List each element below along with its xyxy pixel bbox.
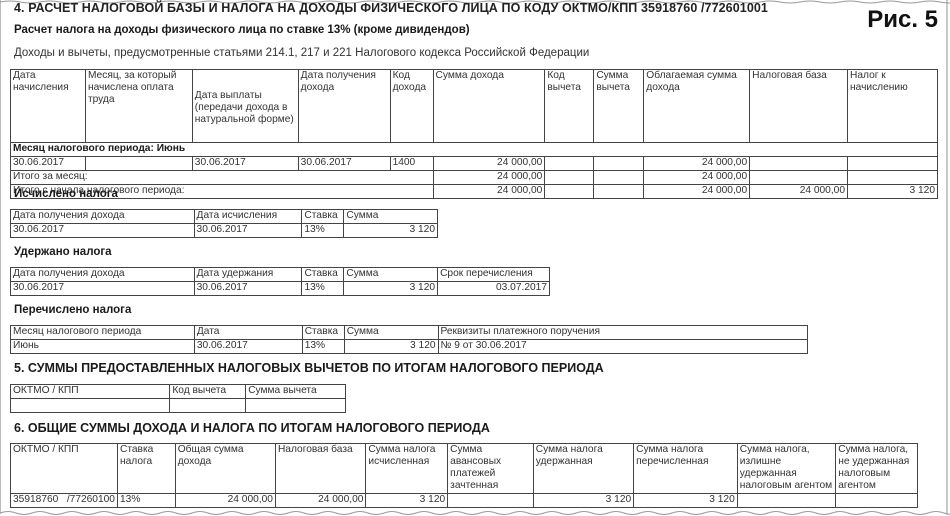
cell: 13% (302, 282, 344, 296)
col-header: Месяц налогового периода (11, 326, 195, 340)
cell: 03.07.2017 (438, 282, 550, 296)
col-header: Облагаемая сумма дохода (644, 70, 750, 143)
col-header: Сумма налога перечисленная (634, 444, 738, 494)
month-label: Месяц налогового периода: Июнь (11, 143, 938, 157)
withheld-table: Дата получения дохода Дата удержания Ста… (10, 267, 550, 296)
col-header: Дата получения дохода (298, 70, 390, 143)
cell: 30.06.2017 (192, 157, 298, 171)
deductions-table: ОКТМО / КПП Код вычета Сумма вычета (10, 384, 346, 413)
cell: 24 000,00 (433, 185, 545, 199)
table-header-row: ОКТМО / КПП Код вычета Сумма вычета (11, 385, 346, 399)
cell (594, 185, 644, 199)
table-row: 35918760 /77260100 13% 24 000,00 24 000,… (11, 494, 918, 508)
col-header: Сумма налога, излишне удержанная налогов… (737, 444, 835, 494)
col-header: Сумма (344, 326, 438, 340)
cell (448, 494, 534, 508)
cell (836, 494, 918, 508)
cell: 30.06.2017 (194, 224, 302, 238)
cell: 13% (117, 494, 175, 508)
cell: Июнь (11, 340, 195, 354)
cell (85, 157, 192, 171)
col-header: Сумма налога, не удержанная налоговым аг… (836, 444, 918, 494)
cell: 3 120 (344, 340, 438, 354)
col-header: Налоговая база (275, 444, 365, 494)
cell: 3 120 (366, 494, 448, 508)
table-row: 30.06.2017 30.06.2017 13% 3 120 (11, 224, 438, 238)
cell: 3 120 (344, 282, 438, 296)
cell: 3 120 (848, 185, 938, 199)
withheld-title: Удержано налога (14, 246, 112, 258)
table-row: Июнь 30.06.2017 13% 3 120 № 9 от 30.06.2… (11, 340, 808, 354)
col-header: ОКТМО / КПП (11, 385, 170, 399)
cell (750, 157, 848, 171)
cell: 30.06.2017 (298, 157, 390, 171)
table-header-row: Дата получения дохода Дата удержания Ста… (11, 268, 550, 282)
section-4-title: 4. РАСЧЕТ НАЛОГОВОЙ БАЗЫ И НАЛОГА НА ДОХ… (14, 1, 768, 15)
cell: 30.06.2017 (11, 282, 195, 296)
calculated-table: Дата получения дохода Дата исчисления Ст… (10, 209, 438, 238)
col-header: Сумма (344, 268, 438, 282)
cell: 1400 (390, 157, 433, 171)
tax-base-table: Дата начисления Месяц, за который начисл… (10, 69, 938, 199)
col-header: Сумма (344, 210, 438, 224)
col-header: Сумма налога исчисленная (366, 444, 448, 494)
cell (750, 171, 848, 185)
section-4-subtitle: Расчет налога на доходы физического лица… (14, 24, 470, 36)
cell: 13% (302, 340, 344, 354)
col-header: Дата исчисления (194, 210, 302, 224)
figure-label: Рис. 5 (867, 6, 938, 34)
cell: 24 000,00 (750, 185, 848, 199)
period-total-row: Итого с начала налогового периода: 24 00… (11, 185, 938, 199)
cell: 30.06.2017 (194, 340, 302, 354)
col-header: Реквизиты платежного поручения (438, 326, 807, 340)
col-header: Месяц, за который начислена оплата труда (85, 70, 192, 143)
col-header: Сумма налога удержанная (533, 444, 633, 494)
table-row (11, 399, 346, 413)
cell: 24 000,00 (175, 494, 275, 508)
cell: 24 000,00 (433, 157, 545, 171)
col-header: Сумма вычета (246, 385, 346, 399)
table-header-row: ОКТМО / КПП Ставка налога Общая сумма до… (11, 444, 918, 494)
section-4-note: Доходы и вычеты, предусмотренные статьям… (14, 47, 589, 59)
cell: 30.06.2017 (194, 282, 302, 296)
cell: 24 000,00 (433, 171, 545, 185)
col-header: Сумма дохода (433, 70, 545, 143)
cell (545, 185, 594, 199)
cell (11, 399, 170, 413)
calculated-title: Исчислено налога (14, 188, 118, 200)
cell: 24 000,00 (644, 171, 750, 185)
cell (737, 494, 835, 508)
col-header: Ставка налога (117, 444, 175, 494)
totals-table: ОКТМО / КПП Ставка налога Общая сумма до… (10, 443, 918, 508)
section-5-title: 5. СУММЫ ПРЕДОСТАВЛЕННЫХ НАЛОГОВЫХ ВЫЧЕТ… (14, 361, 604, 375)
col-header: ОКТМО / КПП (11, 444, 118, 494)
cell: 30.06.2017 (11, 157, 86, 171)
col-header: Ставка (302, 326, 344, 340)
col-header: Сумма авансовых платежей зачтенная (448, 444, 534, 494)
transferred-table: Месяц налогового периода Дата Ставка Сум… (10, 325, 808, 354)
cell (545, 157, 594, 171)
cell (594, 157, 644, 171)
col-header: Налог к начислению (848, 70, 938, 143)
col-header: Код дохода (390, 70, 433, 143)
col-header: Дата начисления (11, 70, 86, 143)
cell: 13% (302, 224, 344, 238)
col-header: Дата выплаты (передачи дохода в натураль… (192, 70, 298, 143)
table-header-row: Дата получения дохода Дата исчисления Ст… (11, 210, 438, 224)
month-group-row: Месяц налогового периода: Июнь (11, 143, 938, 157)
col-header: Ставка (302, 210, 344, 224)
col-header: Сумма вычета (594, 70, 644, 143)
col-header: Код вычета (170, 385, 246, 399)
cell: 24 000,00 (275, 494, 365, 508)
total-label: Итого за месяц: (11, 171, 434, 185)
cell: 3 120 (533, 494, 633, 508)
cell: 30.06.2017 (11, 224, 195, 238)
table-row: 30.06.2017 30.06.2017 13% 3 120 03.07.20… (11, 282, 550, 296)
cell (170, 399, 246, 413)
table-header-row: Месяц налогового периода Дата Ставка Сум… (11, 326, 808, 340)
torn-edge-bottom (0, 510, 950, 516)
table-row: 30.06.2017 30.06.2017 30.06.2017 1400 24… (11, 157, 938, 171)
col-header: Дата (194, 326, 302, 340)
col-header: Дата получения дохода (11, 268, 195, 282)
col-header: Налоговая база (750, 70, 848, 143)
cell: 35918760 /77260100 (11, 494, 118, 508)
col-header: Ставка (302, 268, 344, 282)
col-header: Код вычета (545, 70, 594, 143)
section-6-title: 6. ОБЩИЕ СУММЫ ДОХОДА И НАЛОГА ПО ИТОГАМ… (14, 421, 490, 435)
cell (848, 157, 938, 171)
cell: № 9 от 30.06.2017 (438, 340, 807, 354)
cell (594, 171, 644, 185)
cell: 3 120 (634, 494, 738, 508)
cell: 24 000,00 (644, 157, 750, 171)
cell (545, 171, 594, 185)
col-header: Общая сумма дохода (175, 444, 275, 494)
transferred-title: Перечислено налога (14, 304, 131, 316)
cell: 24 000,00 (644, 185, 750, 199)
col-header: Дата удержания (194, 268, 302, 282)
cell: 3 120 (344, 224, 438, 238)
table-header-row: Дата начисления Месяц, за который начисл… (11, 70, 938, 143)
col-header: Срок перечисления (438, 268, 550, 282)
cell (246, 399, 346, 413)
cell (848, 171, 938, 185)
col-header: Дата получения дохода (11, 210, 195, 224)
month-total-row: Итого за месяц: 24 000,00 24 000,00 (11, 171, 938, 185)
